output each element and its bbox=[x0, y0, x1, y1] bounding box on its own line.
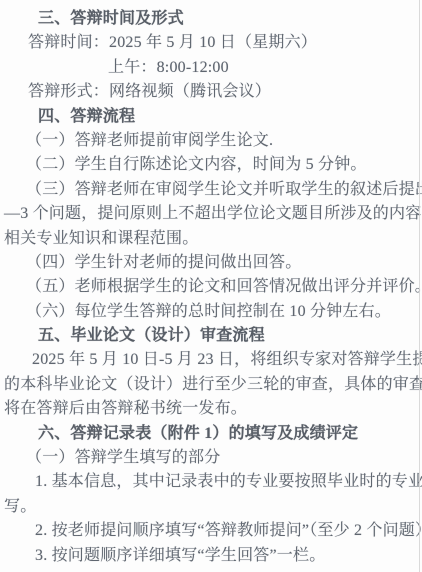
review-paragraph-line-2: 的本科毕业论文（设计）进行至少三轮的审查，具体的审查流程 bbox=[4, 373, 414, 397]
record-item-2: 2. 按老师提问顺序填写“答辩教师提问”（至少 2 个问题）。 bbox=[4, 519, 414, 543]
section-5-heading: 五、毕业论文（设计）审查流程 bbox=[4, 324, 414, 348]
record-subsection-1: （一）答辩学生填写的部分 bbox=[4, 446, 414, 470]
flow-item-3-line-3: 相关专业知识和课程范围。 bbox=[4, 227, 414, 251]
record-item-1-line-1: 1. 基本信息，其中记录表中的专业要按照毕业时的专业填 bbox=[4, 470, 414, 494]
review-paragraph-line-3: 将在答辩后由答辩秘书统一发布。 bbox=[4, 397, 414, 421]
flow-item-2: （二）学生自行陈述论文内容，时间为 5 分钟。 bbox=[4, 153, 414, 177]
flow-item-3-line-1: （三）答辩老师在审阅学生论文并听取学生的叙述后提出 2 bbox=[4, 178, 414, 202]
document-content: 三、答辩时间及形式 答辩时间：2025 年 5 月 10 日（星期六） 上午：8… bbox=[0, 0, 422, 568]
scan-right-edge-artifact bbox=[419, 0, 420, 572]
scanned-document-page: 三、答辩时间及形式 答辩时间：2025 年 5 月 10 日（星期六） 上午：8… bbox=[0, 0, 422, 572]
flow-item-6: （六）每位学生答辩的总时间控制在 10 分钟左右。 bbox=[4, 300, 414, 324]
review-paragraph-line-1: 2025 年 5 月 10 日-5 月 23 日，将组织专家对答辩学生提交 bbox=[4, 348, 414, 372]
defense-time-range-line: 上午：8:00-12:00 bbox=[4, 56, 414, 80]
section-3-heading: 三、答辩时间及形式 bbox=[4, 7, 414, 31]
defense-format-line: 答辩形式：网络视频（腾讯会议） bbox=[4, 80, 414, 104]
flow-item-5: （五）老师根据学生的论文和回答情况做出评分并评价。 bbox=[4, 275, 414, 299]
section-6-heading: 六、答辩记录表（附件 1）的填写及成绩评定 bbox=[4, 422, 414, 446]
flow-item-4: （四）学生针对老师的提问做出回答。 bbox=[4, 251, 414, 275]
defense-time-line: 答辩时间：2025 年 5 月 10 日（星期六） bbox=[4, 31, 414, 55]
flow-item-1: （一）答辩老师提前审阅学生论文. bbox=[4, 129, 414, 153]
record-item-1-line-2: 写。 bbox=[4, 495, 414, 519]
record-item-3: 3. 按问题顺序详细填写“学生回答”一栏。 bbox=[4, 544, 414, 568]
section-4-heading: 四、答辩流程 bbox=[4, 105, 414, 129]
flow-item-3-line-2: —3 个问题，提问原则上不超出学位论文题目所涉及的内容以及 bbox=[4, 202, 414, 226]
